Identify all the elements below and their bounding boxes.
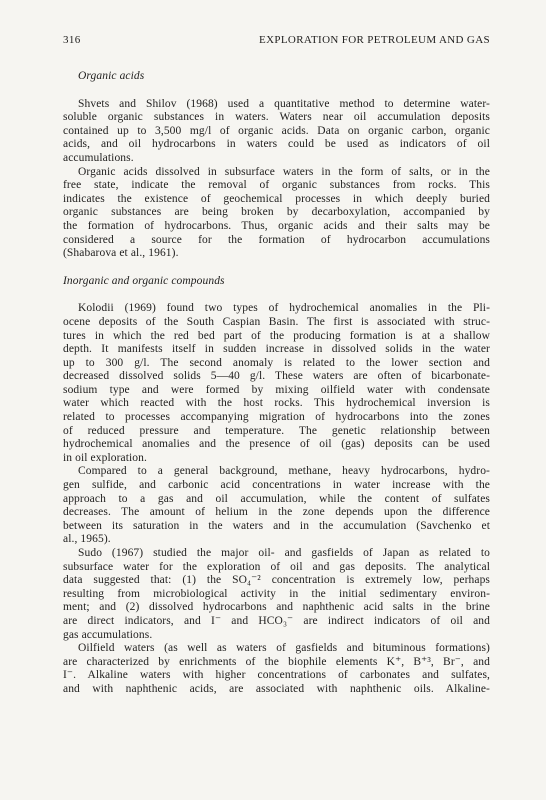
section-heading: Inorganic and organic compounds bbox=[63, 275, 490, 289]
book-page: 316 EXPLORATION FOR PETROLEUM AND GAS Or… bbox=[0, 0, 546, 800]
text-line: sodium type and were formed by mixing oi… bbox=[63, 384, 490, 398]
page-number: 316 bbox=[63, 34, 81, 46]
paragraph: Kolodii (1969) found two types of hydroc… bbox=[63, 302, 490, 465]
paragraph: Organic acids dissolved in subsurface wa… bbox=[63, 166, 490, 261]
text-line: soluble organic substances in waters. Wa… bbox=[63, 111, 490, 125]
text-line: data suggested that: (1) the SO₄⁻² conce… bbox=[63, 574, 490, 588]
text-line: I⁻. Alkaline waters with higher concentr… bbox=[63, 669, 490, 683]
running-title: EXPLORATION FOR PETROLEUM AND GAS bbox=[259, 34, 490, 46]
text-line: acids, and oil hydrocarbons in waters co… bbox=[63, 138, 490, 152]
paragraph: Compared to a general background, methan… bbox=[63, 465, 490, 547]
text-line: contained up to 3,500 mg/l of organic ac… bbox=[63, 125, 490, 139]
text-line: gen sulfide, and carbonic acid concentra… bbox=[63, 479, 490, 493]
text-line: organic substances are being broken by d… bbox=[63, 206, 490, 220]
text-line: resulting from microbiological activity … bbox=[63, 588, 490, 602]
text-line: are direct indicators, and I⁻ and HCO₃⁻ … bbox=[63, 615, 490, 629]
section-heading: Organic acids bbox=[63, 70, 490, 84]
text-line: decreased dissolved solids 5—40 g/l. The… bbox=[63, 370, 490, 384]
text-line: of reduced pressure and temperature. The… bbox=[63, 425, 490, 439]
text-line: the formation of hydrocarbons. Thus, org… bbox=[63, 220, 490, 234]
running-header: 316 EXPLORATION FOR PETROLEUM AND GAS bbox=[63, 34, 490, 46]
page-body: Organic acidsShvets and Shilov (1968) us… bbox=[63, 70, 490, 697]
text-line: ment; and (2) dissolved hydrocarbons and… bbox=[63, 601, 490, 615]
text-line: up to 300 g/l. The second anomaly is rel… bbox=[63, 357, 490, 371]
text-line: and with naphthenic acids, are associate… bbox=[63, 683, 490, 697]
text-line: Compared to a general background, methan… bbox=[63, 465, 490, 479]
text-line: Kolodii (1969) found two types of hydroc… bbox=[63, 302, 490, 316]
text-line: subsurface water for the exploration of … bbox=[63, 561, 490, 575]
text-line: tures in which the red bed part of the p… bbox=[63, 330, 490, 344]
text-line: decreases. The amount of helium in the z… bbox=[63, 506, 490, 520]
text-line: gas accumulations. bbox=[63, 629, 490, 643]
text-line: between its saturation in the waters and… bbox=[63, 520, 490, 534]
paragraph: Oilfield waters (as well as waters of ga… bbox=[63, 642, 490, 696]
text-line: free state, indicate the removal of orga… bbox=[63, 179, 490, 193]
text-line: Organic acids dissolved in subsurface wa… bbox=[63, 166, 490, 180]
text-line: (Shabarova et al., 1961). bbox=[63, 247, 490, 261]
text-line: considered a source for the formation of… bbox=[63, 234, 490, 248]
text-line: al., 1965). bbox=[63, 533, 490, 547]
text-line: water which reacted with the host rocks.… bbox=[63, 397, 490, 411]
paragraph: Sudo (1967) studied the major oil- and g… bbox=[63, 547, 490, 642]
text-line: are characterized by enrichments of the … bbox=[63, 656, 490, 670]
text-line: hydrochemical anomalies and the presence… bbox=[63, 438, 490, 452]
text-line: depth. It manifests itself in sudden inc… bbox=[63, 343, 490, 357]
text-line: in oil exploration. bbox=[63, 452, 490, 466]
text-line: approach to a gas and oil accumulation, … bbox=[63, 493, 490, 507]
text-line: Sudo (1967) studied the major oil- and g… bbox=[63, 547, 490, 561]
text-line: indicates the existence of geochemical p… bbox=[63, 193, 490, 207]
paragraph: Shvets and Shilov (1968) used a quantita… bbox=[63, 98, 490, 166]
text-line: Shvets and Shilov (1968) used a quantita… bbox=[63, 98, 490, 112]
text-line: ocene deposits of the South Caspian Basi… bbox=[63, 316, 490, 330]
text-line: accumulations. bbox=[63, 152, 490, 166]
text-line: related to processes accompanying migrat… bbox=[63, 411, 490, 425]
text-line: Oilfield waters (as well as waters of ga… bbox=[63, 642, 490, 656]
